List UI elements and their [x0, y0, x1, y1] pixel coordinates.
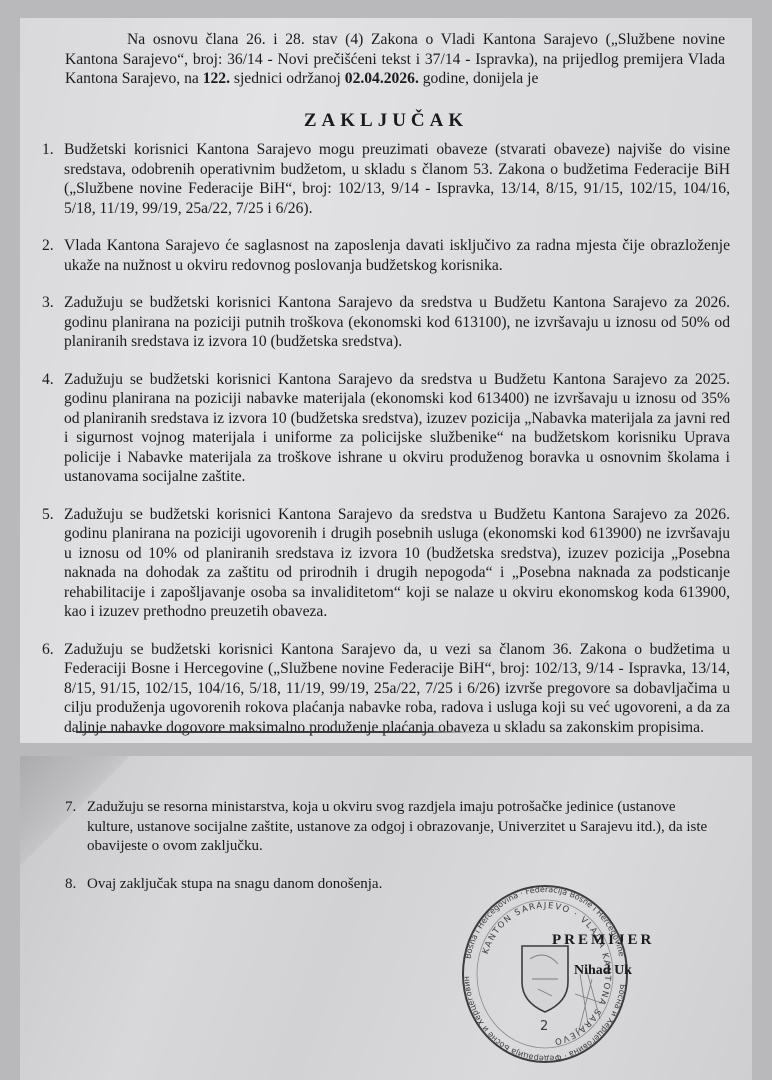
- divider-line: [76, 731, 476, 733]
- item-text: Zadužuju se budžetski korisnici Kantona …: [64, 505, 730, 622]
- signatory-name: Nihad Uk: [574, 963, 632, 979]
- item-number: 1.: [42, 140, 64, 218]
- document-page-top: Na osnovu člana 26. i 28. stav (4) Zakon…: [20, 18, 752, 743]
- item-text: Vlada Kantona Sarajevo će saglasnost na …: [64, 236, 730, 275]
- item-text: Zadužuju se budžetski korisnici Kantona …: [64, 293, 730, 352]
- intro-text: sjednici održanoj: [230, 70, 345, 87]
- list-item: 3. Zadužuju se budžetski korisnici Kanto…: [42, 293, 730, 352]
- document-page-bottom: 7. Zadužuju se resorna ministarstva, koj…: [20, 756, 752, 1080]
- item-number: 2.: [42, 236, 64, 275]
- item-number: 7.: [65, 798, 87, 857]
- list-item: 4. Zadužuju se budžetski korisnici Kanto…: [42, 370, 730, 487]
- signatory-title: PREMIJER: [552, 932, 654, 949]
- item-text: Zadužuju se budžetski korisnici Kantona …: [64, 640, 730, 738]
- list-item: 1. Budžetski korisnici Kantona Sarajevo …: [42, 140, 730, 218]
- item-text: Zadužuju se budžetski korisnici Kantona …: [64, 370, 730, 487]
- document-title: ZAKLJUČAK: [20, 110, 752, 132]
- svg-text:2: 2: [540, 1019, 548, 1034]
- item-text: Zadužuju se resorna ministarstva, koja u…: [87, 798, 715, 857]
- session-number: 122.: [203, 70, 230, 87]
- item-number: 6.: [42, 640, 64, 738]
- item-number: 4.: [42, 370, 64, 487]
- session-date: 02.04.2026.: [345, 70, 419, 87]
- item-number: 5.: [42, 505, 64, 622]
- intro-paragraph: Na osnovu člana 26. i 28. stav (4) Zakon…: [65, 30, 725, 89]
- conclusion-items: 1. Budžetski korisnici Kantona Sarajevo …: [42, 140, 730, 755]
- item-text: Budžetski korisnici Kantona Sarajevo mog…: [64, 140, 730, 218]
- list-item: 2. Vlada Kantona Sarajevo će saglasnost …: [42, 236, 730, 275]
- item-number: 3.: [42, 293, 64, 352]
- list-item: 6. Zadužuju se budžetski korisnici Kanto…: [42, 640, 730, 738]
- list-item: 5. Zadužuju se budžetski korisnici Kanto…: [42, 505, 730, 622]
- list-item: 7. Zadužuju se resorna ministarstva, koj…: [65, 798, 715, 857]
- item-number: 8.: [65, 875, 87, 895]
- intro-text: godine, donijela je: [419, 70, 539, 87]
